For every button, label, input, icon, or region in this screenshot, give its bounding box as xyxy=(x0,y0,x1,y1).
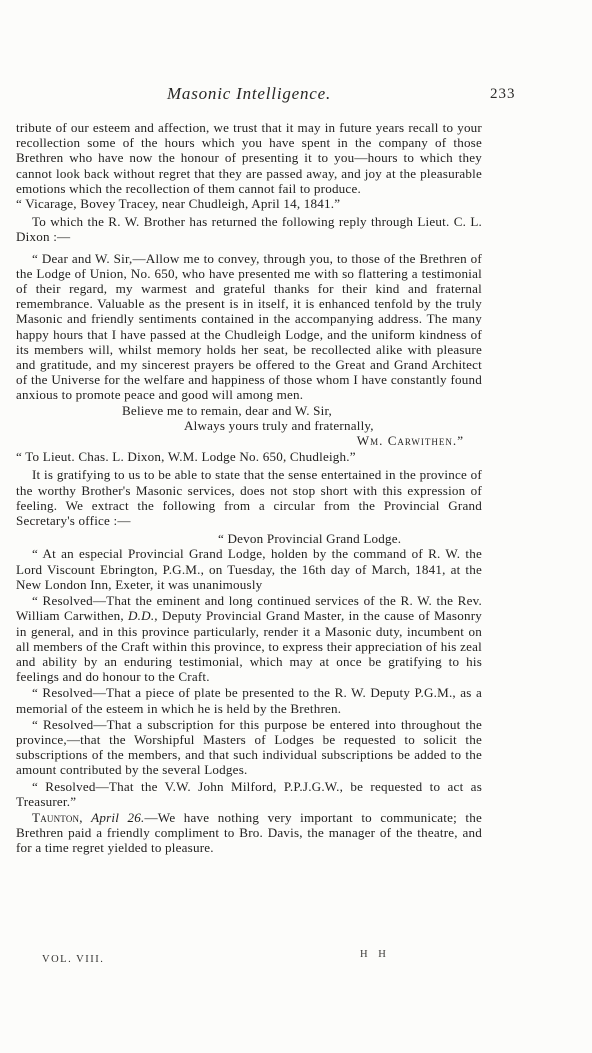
valediction-line-2: Always yours truly and fraternally, xyxy=(184,418,482,433)
running-head: Masonic Intelligence. xyxy=(16,84,482,104)
paragraph-letter-body: “ Dear and W. Sir,—Allow me to convey, t… xyxy=(16,251,482,403)
taunton-date-italic: April 26. xyxy=(91,810,144,825)
paragraph-tribute: tribute of our esteem and affection, we … xyxy=(16,120,482,196)
paragraph-to-which: To which the R. W. Brother has returned … xyxy=(16,214,482,244)
volume-label: VOL. VIII. xyxy=(42,954,104,965)
page-title: Masonic Intelligence. xyxy=(167,84,331,103)
paragraph-resolved-subscription: “ Resolved—That a subscription for this … xyxy=(16,717,482,778)
valediction-line-1: Believe me to remain, dear and W. Sir, xyxy=(122,403,482,418)
paragraph-resolved-services: “ Resolved—That the eminent and long con… xyxy=(16,593,482,684)
paragraph-resolved-treasurer: “ Resolved—That the V.W. John Milford, P… xyxy=(16,779,482,809)
letter-signature: Wm. Carwithen.” xyxy=(16,433,482,448)
taunton-separator: , xyxy=(79,810,91,825)
paragraph-taunton: Taunton, April 26.—We have nothing very … xyxy=(16,810,482,856)
printer-signature-mark: H H xyxy=(360,949,390,960)
page-number: 233 xyxy=(490,86,516,103)
resolved-services-dd-italic: D.D. xyxy=(128,608,154,623)
circular-heading: “ Devon Provincial Grand Lodge. xyxy=(218,531,482,546)
text-column: tribute of our esteem and affection, we … xyxy=(16,120,482,856)
addressee-line: “ To Lieut. Chas. L. Dixon, W.M. Lodge N… xyxy=(16,449,482,464)
taunton-place-smallcaps: Taunton xyxy=(32,810,79,825)
scanned-book-page: Masonic Intelligence. 233 tribute of our… xyxy=(0,0,592,1053)
paragraph-resolved-plate: “ Resolved—That a piece of plate be pres… xyxy=(16,685,482,715)
paragraph-gratifying: It is gratifying to us to be able to sta… xyxy=(16,467,482,528)
paragraph-especial-lodge: “ At an especial Provincial Grand Lodge,… xyxy=(16,546,482,592)
vicarage-dateline: “ Vicarage, Bovey Tracey, near Chudleigh… xyxy=(16,196,482,211)
